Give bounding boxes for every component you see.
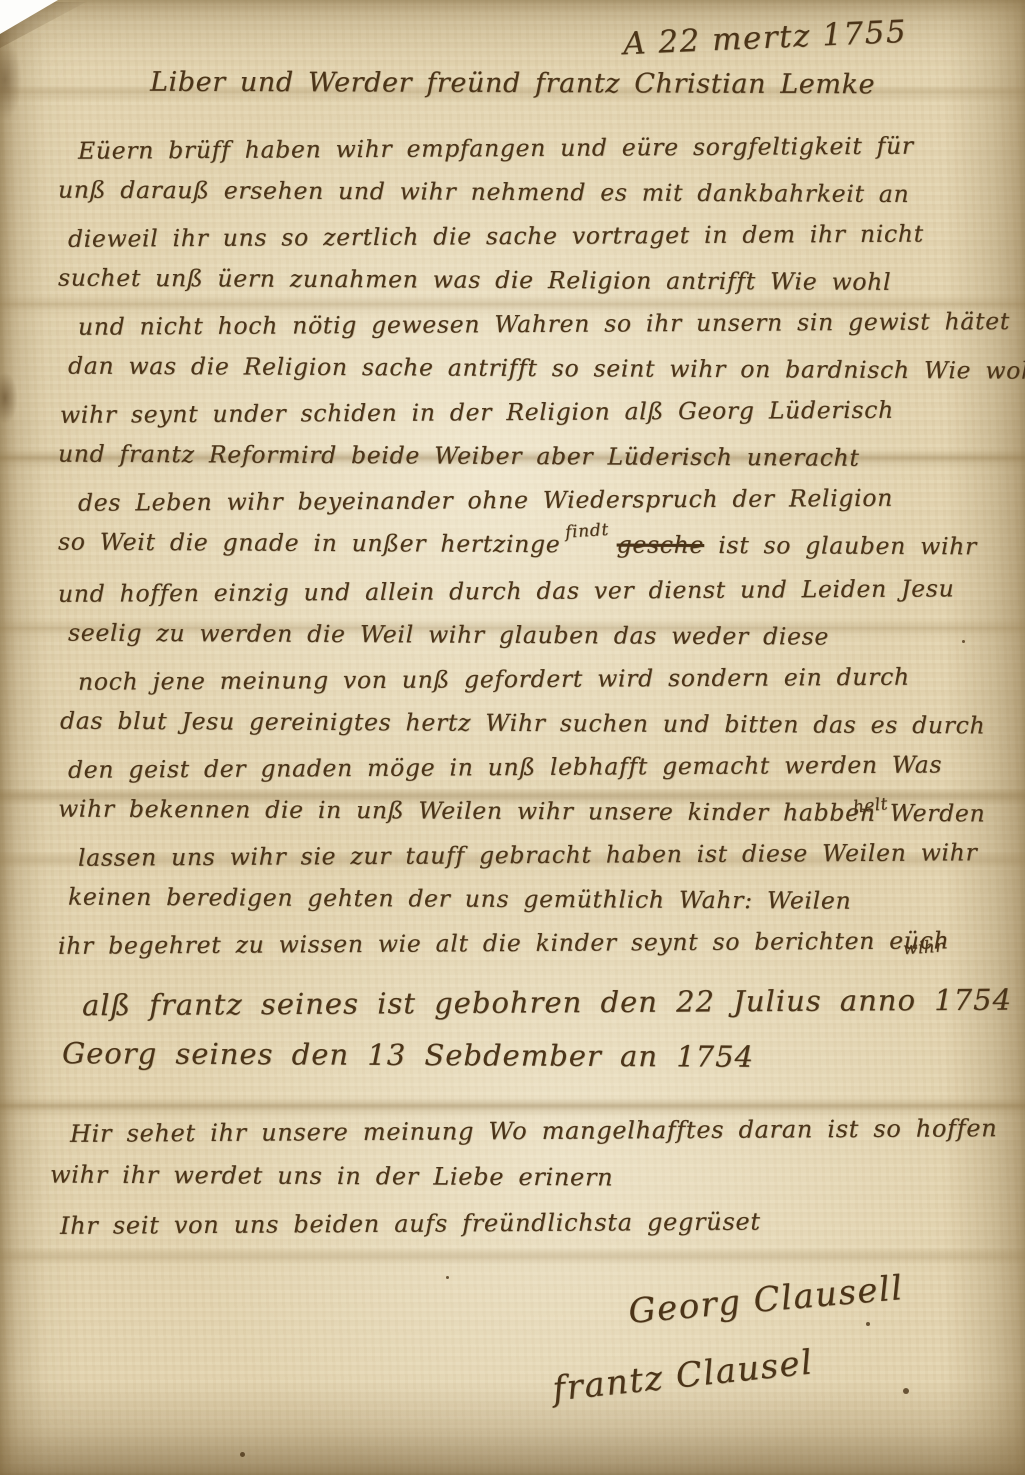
body-line: dieweil ihr uns so zertlich die sache vo… (68, 211, 989, 261)
birthdate-line: Georg seines den 13 Sebdember an 1754 (62, 1026, 1025, 1086)
body-line: suchet unß üern zunahmen was die Religio… (58, 256, 989, 305)
body-line-with-strikethrough: so Weit die gnade in unßer hertzinge fin… (58, 520, 989, 572)
strike-line-post: ist so glauben wihr (718, 531, 977, 560)
closing-line: wihr ihr werdet uns in der Liebe erinern (50, 1152, 998, 1203)
body-line: und hoffen einzig und allein durch das v… (58, 566, 989, 616)
body-line: den geist der gnaden möge in unß lebhaff… (68, 742, 989, 792)
inserted-word: wihr (902, 937, 944, 960)
body-line: keinen beredigen gehten der uns gemüthli… (68, 875, 989, 924)
ink-speck (903, 1388, 909, 1394)
closing-line: Hir sehet ihr unsere meinung Wo mangelha… (70, 1105, 998, 1157)
strike-line-pre: so Weit die gnade in unßer hertzinge (58, 528, 561, 559)
inserted-correction: findt (563, 508, 610, 555)
body-line: seelig zu werden die Weil wihr glauben d… (68, 611, 989, 660)
letter-scan: { "letter": { "date_line": "A 22 mertz 1… (0, 0, 1025, 1475)
salutation-line: Liber und Werder freünd frantz Christian… (150, 67, 875, 101)
struck-word: gesche (617, 530, 705, 558)
torn-corner (0, 0, 58, 34)
body-line: und frantz Reformird beide Weiber aber L… (58, 432, 989, 481)
body-line: das blut Jesu gereinigtes hertz Wihr suc… (60, 699, 989, 748)
body-line: und nicht hoch nötig gewesen Wahren so i… (78, 299, 989, 349)
body-line: wihr seynt under schiden in der Religion… (60, 387, 989, 437)
body-line: unß darauß ersehen und wihr nehmend es m… (58, 168, 989, 217)
body-line: ihr begehret zu wissen wie alt die kinde… (58, 918, 989, 968)
body-line: lassen uns wihr sie zur tauff gebracht h… (78, 830, 989, 880)
letter-body: Eüern brüff haben wihr empfangen und eür… (58, 126, 989, 965)
ink-speck (446, 1276, 449, 1279)
body-line: wihr bekennen die in unß Weilen wihr uns… (58, 787, 989, 836)
body-line: Eüern brüff haben wihr empfangen und eür… (78, 123, 989, 173)
inserted-word: helt (852, 794, 889, 818)
body-line: dan was die Religion sache antrifft so s… (68, 344, 989, 393)
ink-speck (240, 1452, 245, 1457)
closing-block: Hir sehet ihr unsere meinung Wo mangelha… (50, 1108, 997, 1246)
birthdates-block: alß frantz seines ist gebohren den 22 Ju… (62, 975, 1025, 1083)
body-line: des Leben wihr beyeinander ohne Wiedersp… (78, 475, 989, 525)
birthdate-line: alß frantz seines ist gebohren den 22 Ju… (82, 972, 1025, 1033)
body-line: noch jene meinung von unß gefordert wird… (78, 654, 989, 704)
closing-line: Ihr seit von uns beiden aufs freündlichs… (60, 1197, 998, 1249)
ink-speck (866, 1322, 870, 1326)
